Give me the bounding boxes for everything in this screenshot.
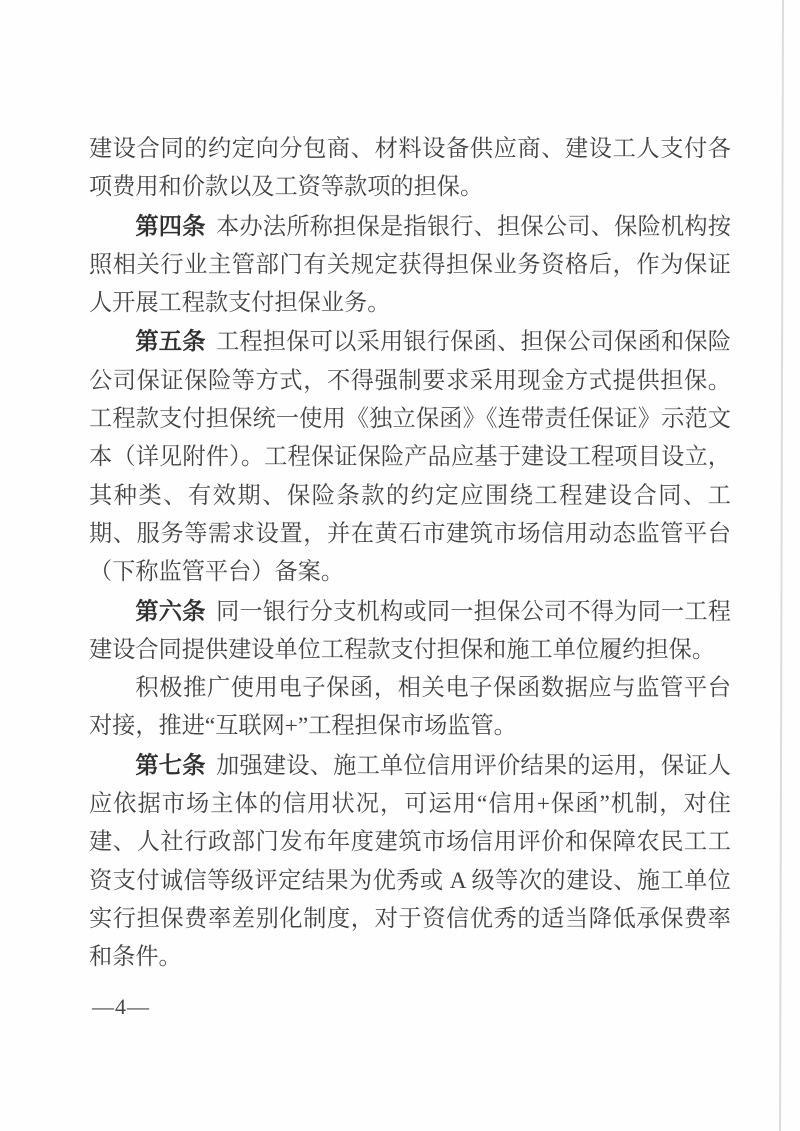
paragraph-continuation: 建设合同的约定向分包商、材料设备供应商、建设工人支付各项费用和价款以及工资等款项… bbox=[89, 130, 731, 207]
paragraph-text: 建设合同的约定向分包商、材料设备供应商、建设工人支付各项费用和价款以及工资等款项… bbox=[89, 136, 731, 200]
paragraph-text: 积极推广使用电子保函，相关电子保函数据应与监管平台对接，推进“互联网+”工程担保… bbox=[89, 675, 731, 739]
article-6-label: 第六条 bbox=[135, 598, 205, 624]
paragraph-e-guarantee: 积极推广使用电子保函，相关电子保函数据应与监管平台对接，推进“互联网+”工程担保… bbox=[89, 669, 731, 746]
paragraph-article-4: 第四条本办法所称担保是指银行、担保公司、保险机构按照相关行业主管部门有关规定获得… bbox=[89, 207, 731, 323]
document-body: 建设合同的约定向分包商、材料设备供应商、建设工人支付各项费用和价款以及工资等款项… bbox=[89, 130, 731, 977]
document-page: 建设合同的约定向分包商、材料设备供应商、建设工人支付各项费用和价款以及工资等款项… bbox=[0, 0, 800, 1131]
article-7-label: 第七条 bbox=[135, 752, 205, 778]
paragraph-article-6: 第六条同一银行分支机构或同一担保公司不得为同一工程建设合同提供建设单位工程款支付… bbox=[89, 592, 731, 670]
article-4-label: 第四条 bbox=[135, 213, 205, 239]
scan-edge-line bbox=[779, 0, 784, 1131]
paragraph-text: 工程担保可以采用银行保函、担保公司保函和保险公司保证保险等方式，不得强制要求采用… bbox=[89, 329, 731, 585]
paragraph-text: 加强建设、施工单位信用评价结果的运用，保证人应依据市场主体的信用状况，可运用“信… bbox=[89, 753, 731, 970]
article-5-label: 第五条 bbox=[135, 328, 205, 354]
page-number: —4— bbox=[92, 994, 150, 1020]
paragraph-article-7: 第七条加强建设、施工单位信用评价结果的运用，保证人应依据市场主体的信用状况，可运… bbox=[89, 746, 731, 977]
paragraph-article-5: 第五条工程担保可以采用银行保函、担保公司保函和保险公司保证保险等方式，不得强制要… bbox=[89, 322, 731, 591]
